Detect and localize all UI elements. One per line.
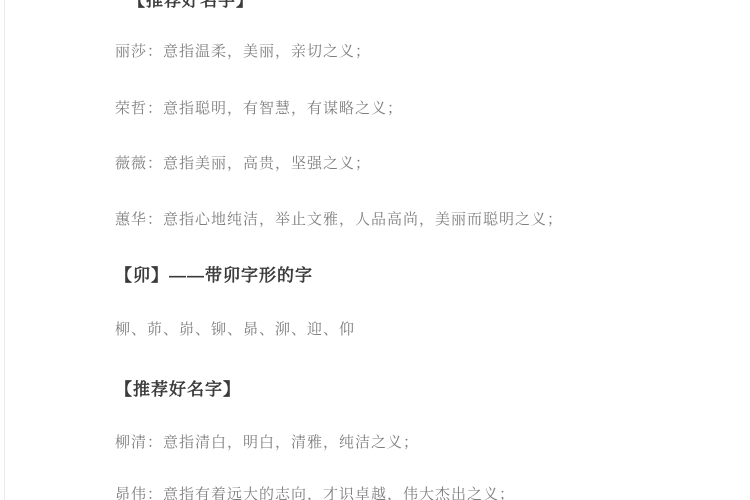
character-list: 柳、茆、峁、铆、昴、泖、迎、仰 [115,318,355,339]
name-entry: 荣哲：意指聪明，有智慧，有谋略之义； [115,97,403,118]
name-entry: 柳清：意指清白，明白，清雅，纯洁之义； [115,431,419,452]
section-heading-recommended-names: 【推荐好名字】 [115,375,241,400]
name-entry: 薇薇：意指美丽，高贵，坚强之义； [115,152,371,173]
name-entry: 丽莎：意指温柔，美丽，亲切之义； [115,40,371,61]
article-page: 【推荐好名字】 丽莎：意指温柔，美丽，亲切之义； 荣哲：意指聪明，有智慧，有谋略… [0,0,750,500]
section-heading-cutoff-top: 【推荐好名字】 [128,0,254,11]
name-entry-cutoff-bottom: 昴伟：意指有着远大的志向，才识卓越，伟大杰出之义； [115,483,515,500]
name-entry: 蕙华：意指心地纯洁，举止文雅，人品高尚，美丽而聪明之义； [115,208,563,229]
page-left-border [4,0,5,500]
section-heading-mao-characters: 【卯】——带卯字形的字 [115,261,313,286]
